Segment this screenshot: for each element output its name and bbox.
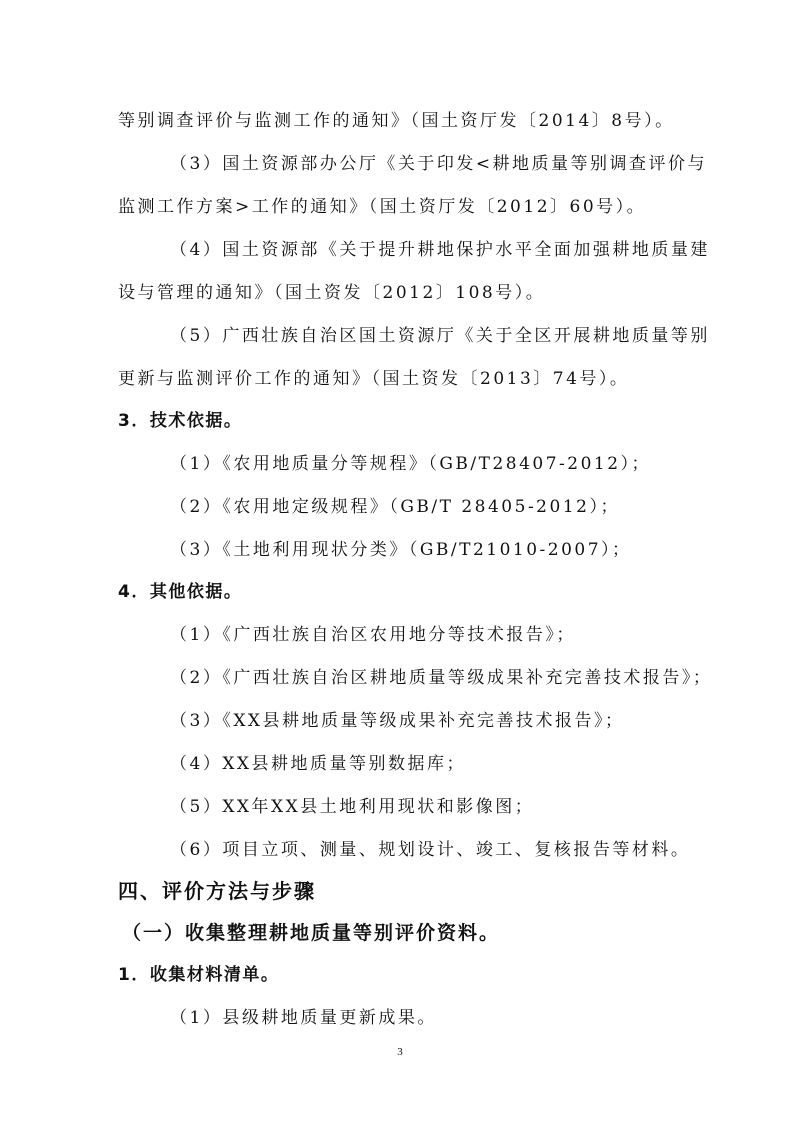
list-item: （1）《广西壮族自治区农用地分等技术报告》；	[170, 624, 576, 646]
chapter-heading: 四、评价方法与步骤	[118, 880, 316, 902]
list-item: （5）XX年XX县土地利用现状和影像图；	[170, 796, 534, 818]
paragraph-line: （3）国土资源部办公厅《关于印发<耕地质量等别调查评价与	[170, 153, 707, 175]
list-item: （1）县级耕地质量更新成果。	[170, 1007, 437, 1029]
section-heading-other-basis: 4．其他依据。	[118, 581, 242, 603]
list-item: （2）《农用地定级规程》（GB/T 28405-2012）；	[170, 496, 620, 518]
paragraph-line: 监测工作方案>工作的通知》（国土资厅发〔2012〕60号）。	[118, 196, 646, 218]
list-item: （3）《土地利用现状分类》（GB/T21010-2007）；	[170, 539, 632, 561]
list-item: （2）《广西壮族自治区耕地质量等级成果补充完善技术报告》；	[170, 667, 712, 689]
page-number: 3	[0, 1046, 800, 1058]
section-heading-technical-basis: 3．技术依据。	[118, 410, 242, 432]
paragraph-line: （5）广西壮族自治区国土资源厅《关于全区开展耕地质量等别	[170, 325, 710, 347]
paragraph-line: 更新与监测评价工作的通知》（国土资发〔2013〕74号）。	[118, 368, 629, 390]
paragraph-line: 等别调查评价与监测工作的通知》（国土资厅发〔2014〕8号）。	[118, 110, 675, 132]
paragraph-line: 设与管理的通知》（国土资发〔2012〕108号）。	[118, 282, 545, 304]
list-item: （3）《XX县耕地质量等级成果补充完善技术报告》；	[170, 710, 625, 732]
paragraph-line: （4）国土资源部《关于提升耕地保护水平全面加强耕地质量建	[170, 239, 710, 261]
item-heading: 1．收集材料清单。	[118, 964, 279, 986]
list-item: （6）项目立项、测量、规划设计、竣工、复核报告等材料。	[170, 839, 690, 861]
subsection-heading: （一）收集整理耕地质量等别评价资料。	[122, 922, 500, 944]
list-item: （1）《农用地质量分等规程》（GB/T28407-2012）；	[170, 453, 651, 475]
document-page: 等别调查评价与监测工作的通知》（国土资厅发〔2014〕8号）。 （3）国土资源部…	[0, 0, 800, 1132]
list-item: （4）XX县耕地质量等别数据库；	[170, 753, 466, 775]
